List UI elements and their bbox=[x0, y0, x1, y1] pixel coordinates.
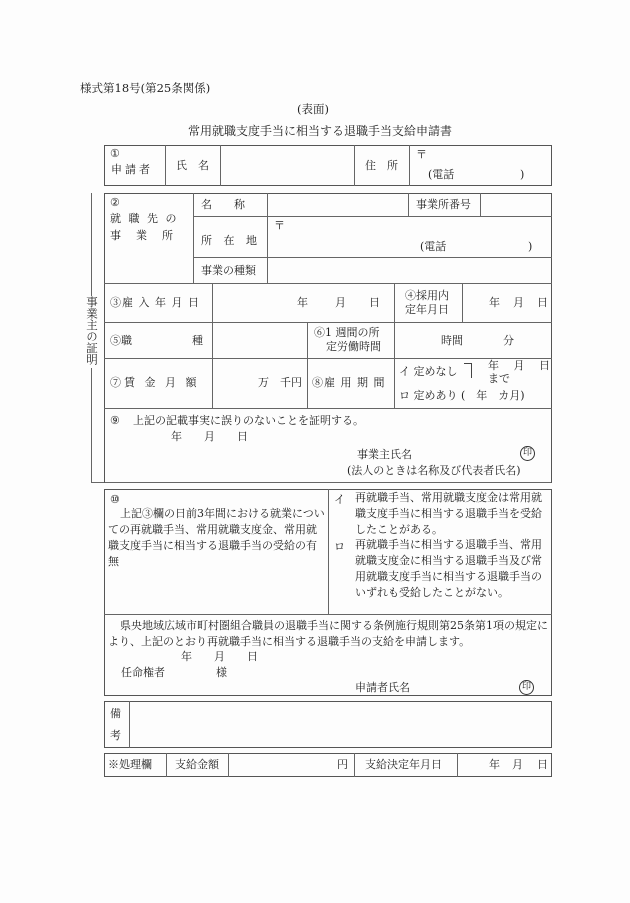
job-type-label-a: ⑤職 bbox=[110, 335, 132, 346]
option-no-term[interactable]: イ 定めなし bbox=[399, 366, 458, 377]
workplace-phone-close: ) bbox=[528, 241, 532, 252]
applicant-signature-field[interactable] bbox=[420, 678, 500, 694]
name-label: 氏 名 bbox=[176, 160, 209, 171]
employer-certification-vertical-label: 事業主の証明 bbox=[85, 296, 98, 368]
business-type-label: 事業の種類 bbox=[201, 265, 256, 276]
phone-label: (電話 bbox=[428, 169, 454, 180]
applicant-number: ① bbox=[110, 148, 120, 159]
remarks-label-1: 備 bbox=[110, 708, 121, 719]
monthly-wage-field[interactable]: 万 千円 bbox=[213, 359, 306, 407]
receipt-question: 上記③欄の日前3年間における就業についての再就職手当、常用就職支度金、常用就職支… bbox=[108, 506, 326, 570]
employment-period-label: ⑧雇 用 期 間 bbox=[312, 377, 386, 388]
address-label: 住 所 bbox=[365, 160, 398, 171]
page-title: 常用就職支度手当に相当する退職手当支給申請書 bbox=[188, 125, 452, 137]
workplace-label-line1: 就 職 先 の bbox=[110, 213, 179, 224]
phone-close: ) bbox=[520, 169, 524, 180]
weekly-hours-field[interactable]: 時間 分 bbox=[395, 323, 551, 357]
monthly-wage-label: ⑦賃 金 月 額 bbox=[110, 377, 200, 388]
weekly-hours-label-2: 定労働時間 bbox=[326, 341, 381, 352]
workplace-number: ② bbox=[110, 197, 120, 208]
decision-date-field[interactable]: 年 月 日 bbox=[458, 754, 551, 776]
certification-number: ⑨ bbox=[110, 415, 120, 426]
applicant-name-label: 申請者氏名 bbox=[355, 682, 410, 693]
workplace-postal-mark: 〒 bbox=[274, 220, 285, 231]
employer-name-label: 事業主氏名 bbox=[357, 449, 412, 460]
workplace-name-label: 名 称 bbox=[201, 199, 245, 210]
applicant-name-field[interactable] bbox=[221, 146, 353, 185]
decision-date-label: 支給決定年月日 bbox=[365, 759, 442, 770]
hire-date-label: ③雇 入 年 月 日 bbox=[110, 297, 200, 308]
offer-date-label-1: ④採用内 bbox=[405, 290, 449, 301]
option-i-text: 再就職手当、常用就職支度金は常用就職支度手当に相当する退職手当を受給したことがあ… bbox=[355, 490, 549, 538]
application-date[interactable]: 年 月 日 bbox=[181, 651, 258, 662]
appointer-label: 任命権者 bbox=[121, 667, 165, 678]
payment-amount-field[interactable]: 円 bbox=[229, 754, 353, 776]
job-type-field[interactable] bbox=[213, 323, 306, 357]
workplace-location-field[interactable]: 〒 (電話 ) bbox=[268, 217, 551, 256]
offer-date-field[interactable]: 年 月 日 bbox=[463, 284, 551, 321]
option-ro-mark[interactable]: ロ bbox=[334, 541, 345, 552]
option-i-mark[interactable]: イ bbox=[334, 494, 345, 505]
workplace-phone-label: (電話 bbox=[420, 241, 446, 252]
office-number-field[interactable] bbox=[481, 194, 551, 215]
form-side-label: (表面) bbox=[297, 104, 329, 116]
employment-period-field[interactable]: イ 定めなし 年 月 日 まで ロ 定めあり ( 年 カ月) bbox=[395, 359, 551, 407]
employer-seal-icon: 印 bbox=[520, 446, 535, 461]
postal-mark: 〒 bbox=[416, 149, 427, 160]
appointer-honorific: 様 bbox=[216, 667, 227, 678]
weekly-hours-label-1: ⑥1 週間の所 bbox=[314, 327, 380, 338]
bracket-arrow-icon bbox=[464, 363, 472, 378]
remarks-label-2: 考 bbox=[110, 730, 121, 741]
receipt-number: ⑩ bbox=[110, 494, 120, 505]
processing-label: ※処理欄 bbox=[108, 759, 152, 770]
hire-date-field[interactable]: 年 月 日 bbox=[213, 284, 393, 321]
remarks-field[interactable] bbox=[130, 702, 551, 747]
location-label: 所 在 地 bbox=[201, 235, 261, 246]
applicant-seal-icon: 印 bbox=[519, 680, 534, 695]
option-fixed-term[interactable]: ロ 定めあり ( 年 カ月) bbox=[399, 390, 525, 401]
certification-date[interactable]: 年 月 日 bbox=[171, 431, 248, 442]
option-ro-text: 再就職手当に相当する退職手当、常用就職支度金に相当する退職手当及び常用就職支度手… bbox=[355, 537, 549, 601]
offer-date-label-2: 定年月日 bbox=[405, 304, 449, 315]
workplace-label-line2: 事 業 所 bbox=[110, 230, 175, 241]
application-statement: 県央地域広域市町村圏組合職員の退職手当に関する条例施行規則第25条第1項の規定に… bbox=[108, 618, 550, 650]
job-type-label-b: 種 bbox=[192, 335, 203, 346]
office-number-label: 事業所番号 bbox=[416, 199, 471, 210]
corporate-note: (法人のときは名称及び代表者氏名) bbox=[347, 465, 521, 476]
workplace-name-field[interactable] bbox=[268, 194, 407, 215]
form-number: 様式第18号(第25条関係) bbox=[80, 83, 210, 95]
business-type-field[interactable] bbox=[268, 258, 551, 282]
payment-amount-label: 支給金額 bbox=[175, 759, 219, 770]
employer-name-field[interactable] bbox=[420, 444, 500, 462]
applicant-label: 申請者 bbox=[111, 164, 153, 175]
certification-text: 上記の記載事実に誤りのないことを証明する。 bbox=[133, 415, 364, 426]
applicant-address-field[interactable]: 〒 (電話 ) bbox=[410, 146, 551, 185]
